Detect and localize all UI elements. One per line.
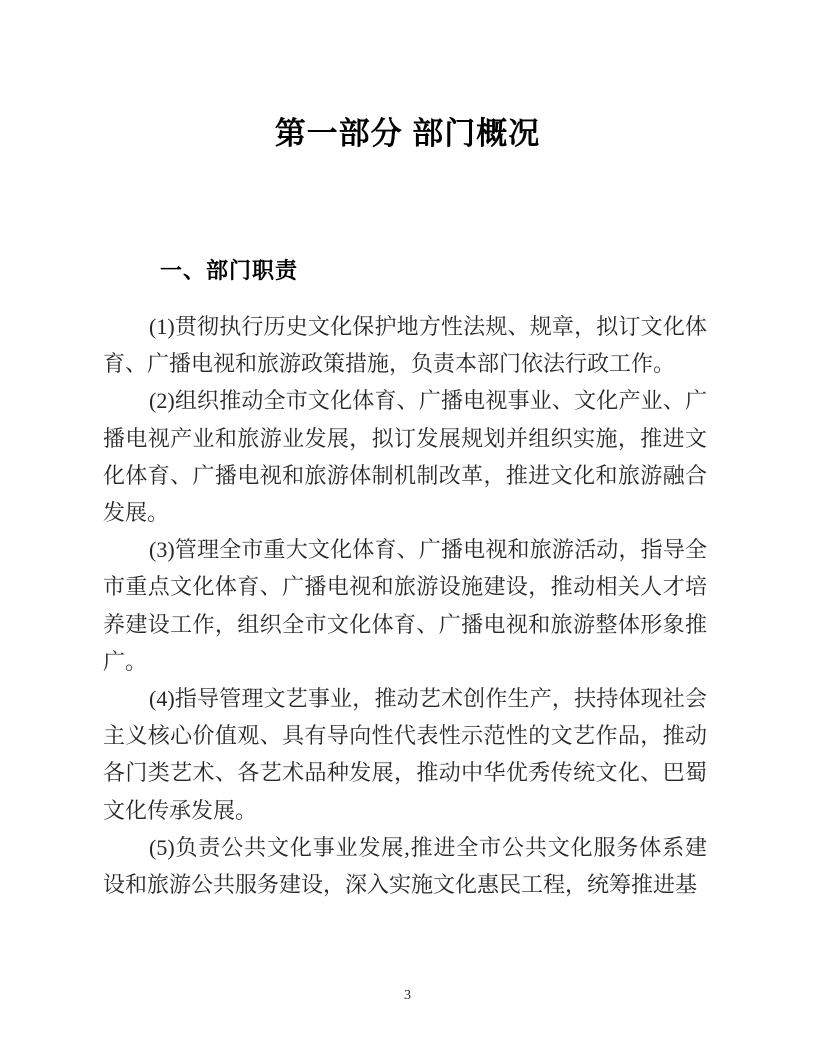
paragraph-3: (3)管理全市重大文化体育、广播电视和旅游活动，指导全市重点文化体育、广播电视和… — [103, 531, 707, 680]
paragraph-1: (1)贯彻执行历史文化保护地方性法规、规章，拟订文化体育、广播电视和旅游政策措施… — [103, 308, 707, 382]
document-page: 第一部分 部门概况 一、部门职责 (1)贯彻执行历史文化保护地方性法规、规章，拟… — [0, 0, 815, 1055]
section-heading: 一、部门职责 — [160, 258, 298, 284]
document-title: 第一部分 部门概况 — [0, 116, 815, 152]
paragraph-4: (4)指导管理文艺事业，推动艺术创作生产，扶持体现社会主义核心价值观、具有导向性… — [103, 680, 707, 829]
section-body: (1)贯彻执行历史文化保护地方性法规、规章，拟订文化体育、广播电视和旅游政策措施… — [103, 308, 707, 903]
paragraph-2: (2)组织推动全市文化体育、广播电视事业、文化产业、广播电视产业和旅游业发展，拟… — [103, 382, 707, 531]
paragraph-5: (5)负责公共文化事业发展,推进全市公共文化服务体系建设和旅游公共服务建设，深入… — [103, 829, 707, 903]
page-number: 3 — [0, 988, 815, 1004]
